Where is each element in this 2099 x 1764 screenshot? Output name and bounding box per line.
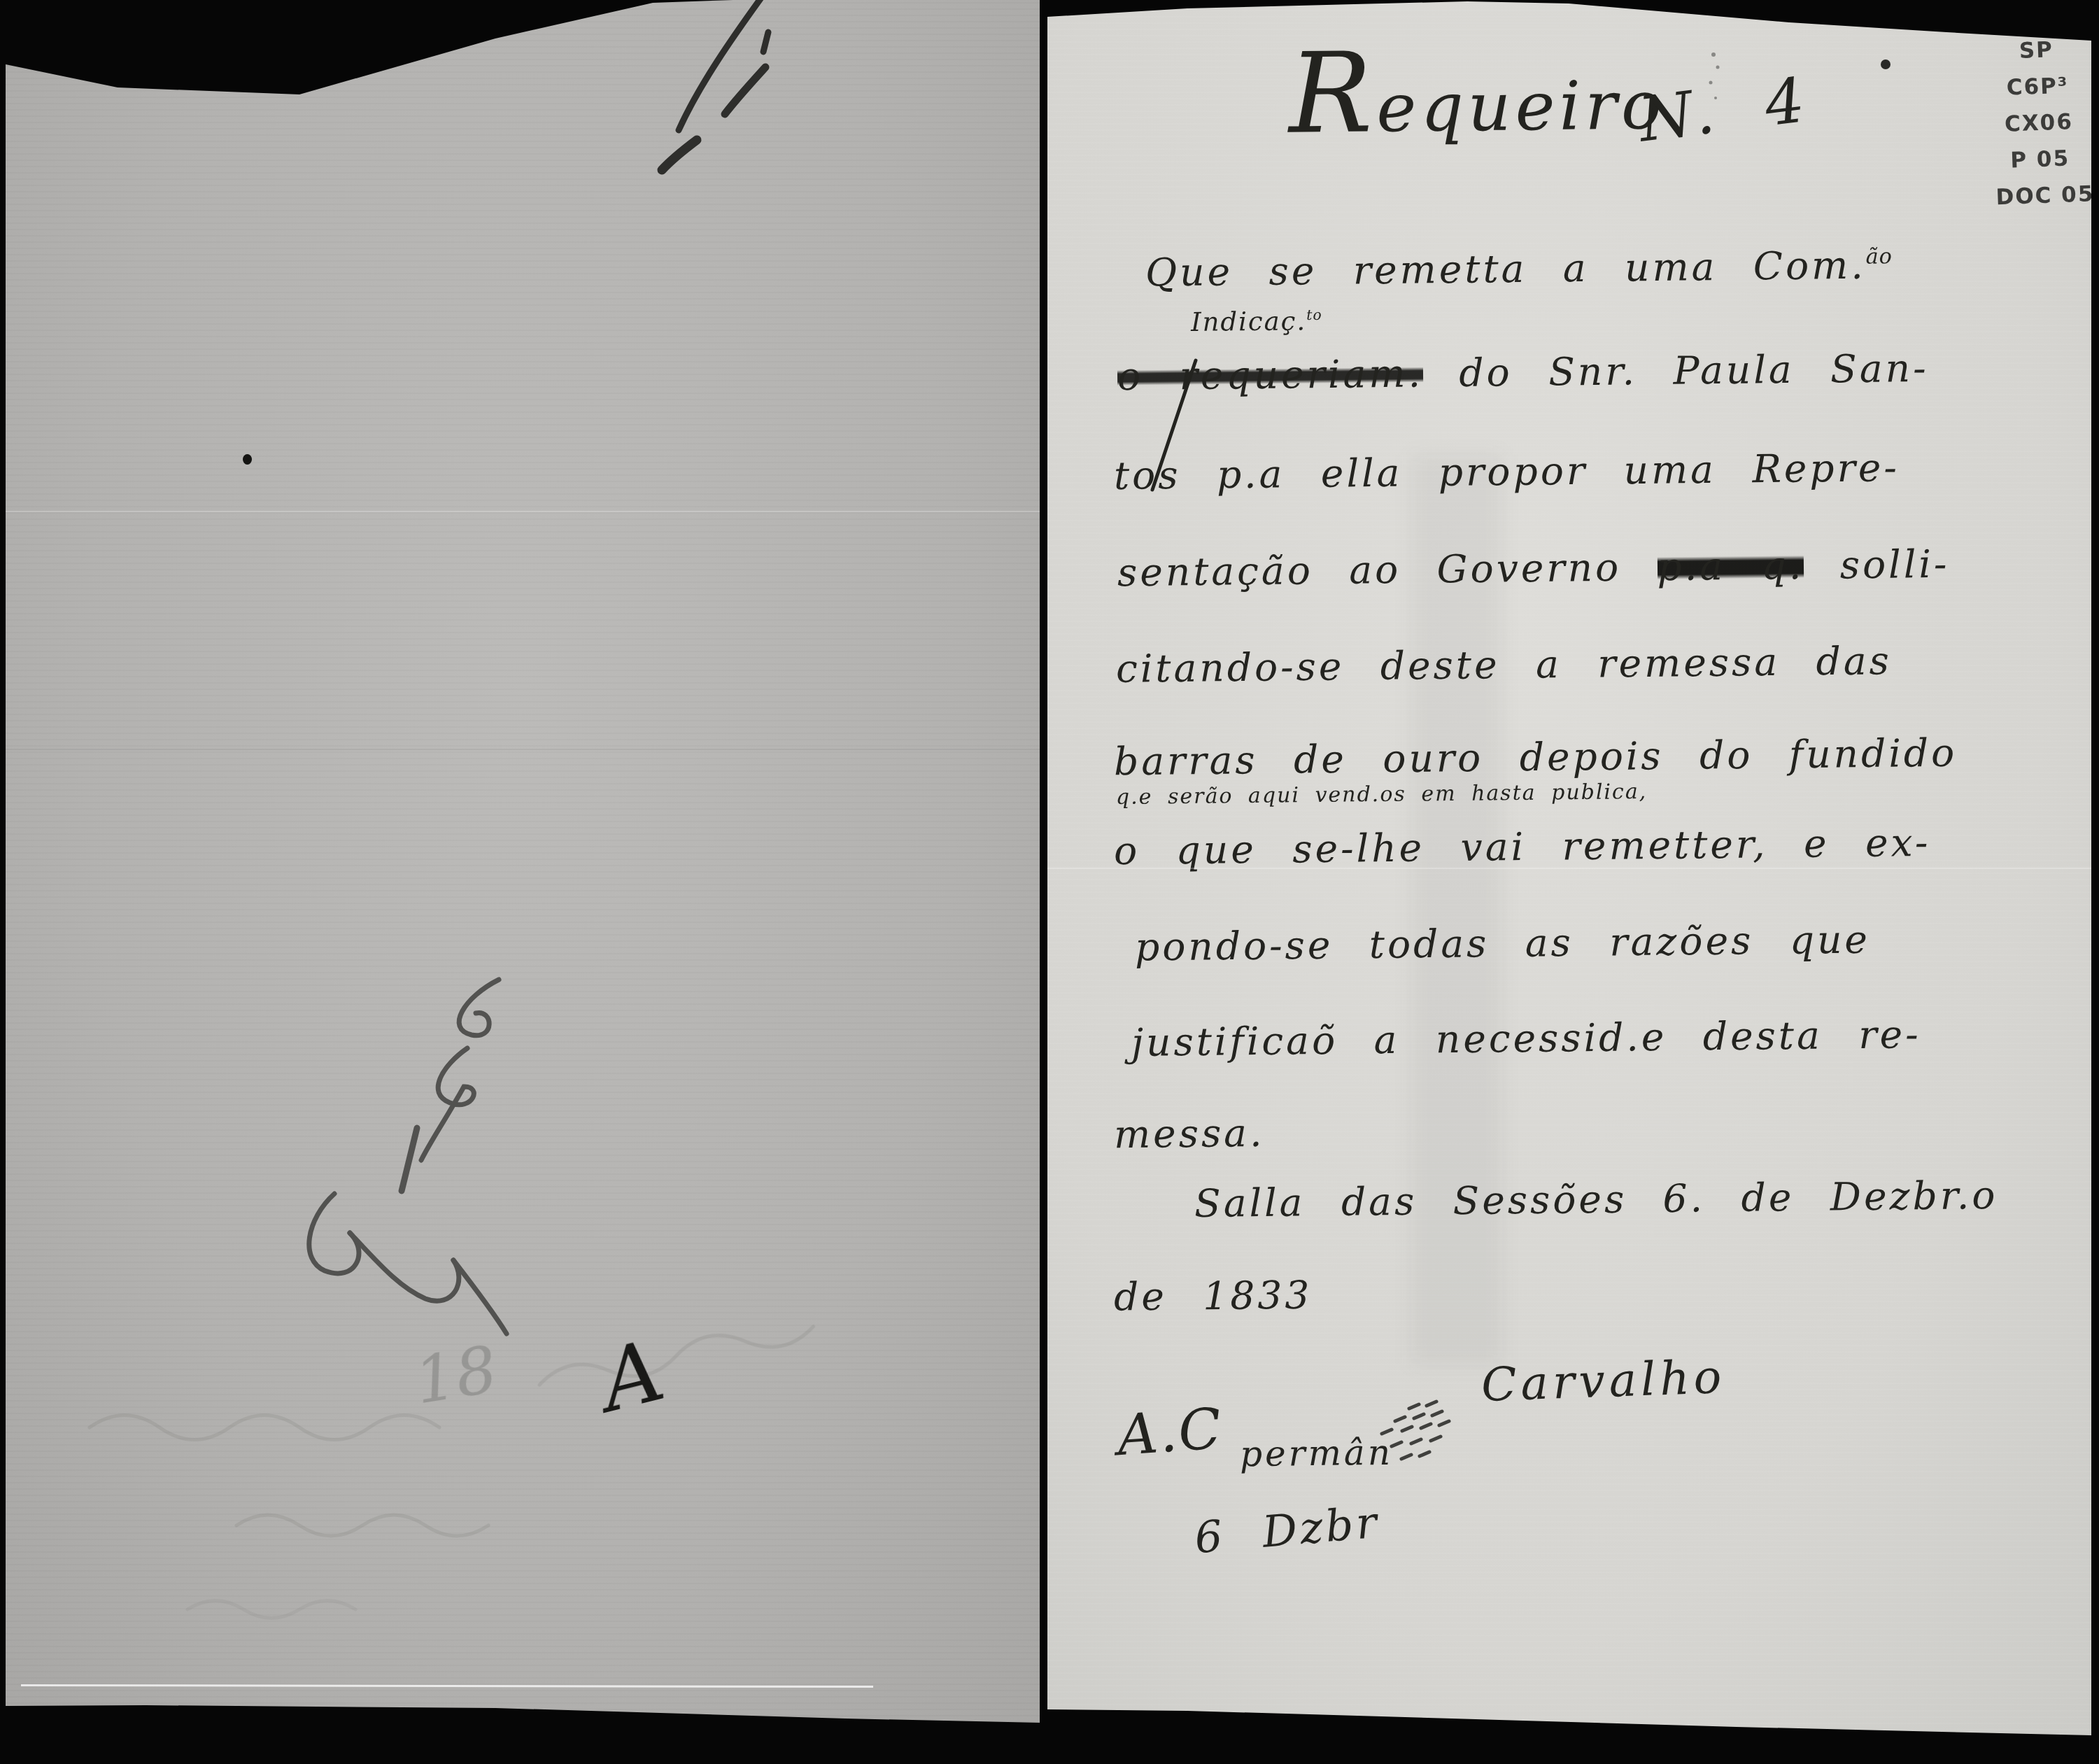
ink-dot xyxy=(1881,59,1890,69)
hatch-mark xyxy=(1382,1402,1449,1459)
docket-scribble xyxy=(309,980,507,1334)
top-flourish-mark xyxy=(662,0,768,170)
ink-speckles xyxy=(1709,52,1720,99)
scan-background: 18 A Requeiro N. 4 SP C6P³ CX06 P 05 DOC… xyxy=(0,0,2099,1764)
paper-crease xyxy=(6,511,1040,512)
faint-pencil-number: 18 xyxy=(409,1332,502,1419)
insertion-caret-stroke xyxy=(1152,360,1196,490)
left-page-marks-layer xyxy=(6,0,1040,1723)
ink-dot xyxy=(243,454,252,465)
paper-crease xyxy=(6,749,1040,750)
paper-crease xyxy=(1047,868,2091,869)
left-page: 18 A xyxy=(6,0,1040,1723)
right-page: Requeiro N. 4 SP C6P³ CX06 P 05 DOC 05, … xyxy=(1047,0,2091,1737)
